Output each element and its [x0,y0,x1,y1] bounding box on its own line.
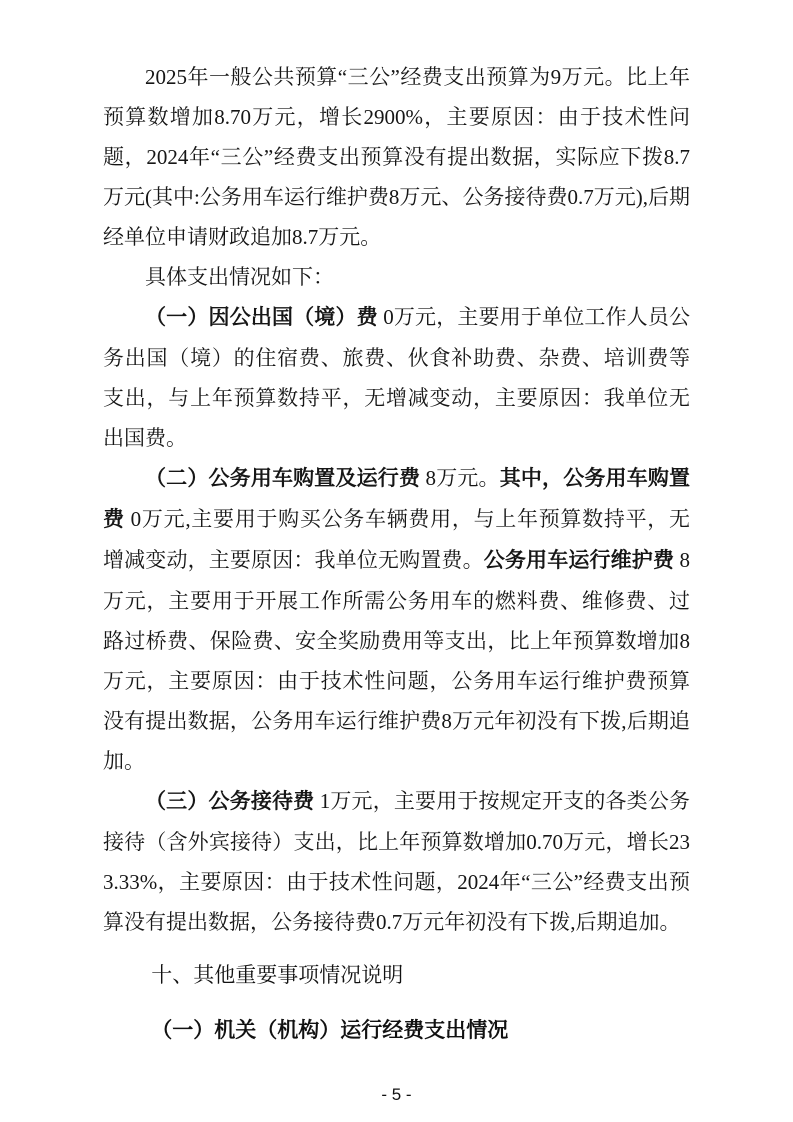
paragraph-section-3-reception-fee: （三）公务接待费 1万元，主要用于按规定开支的各类公务接待（含外宾接待）支出，比… [103,781,690,942]
text-run-bold: （一）因公出国（境）费 [145,306,378,329]
text-run: 2025年一般公共预算“三公”经费支出预算为9万元。比上年预算数增加8.70万元… [103,65,690,249]
page-number: - 5 - [381,1085,411,1104]
subsection-heading-operating-expenses: （一）机关（机构）运行经费支出情况 [103,1011,690,1051]
text-run-bold: （二）公务用车购置及运行费 [145,467,420,490]
text-run: 8万元。 [420,466,500,490]
text-run: 8万元，主要用于开展工作所需公务用车的燃料费、维修费、过路过桥费、保险费、安全奖… [103,548,690,773]
section-heading-other-important-matters: 十、其他重要事项情况说明 [103,956,690,996]
text-run-bold: （三）公务接待费 [145,790,314,813]
paragraph-intro-details: 具体支出情况如下： [103,257,690,297]
page-footer: - 5 - [0,1084,793,1106]
text-run: 具体支出情况如下： [145,265,334,289]
document-body: 2025年一般公共预算“三公”经费支出预算为9万元。比上年预算数增加8.70万元… [103,57,690,1051]
paragraph-budget-summary: 2025年一般公共预算“三公”经费支出预算为9万元。比上年预算数增加8.70万元… [103,57,690,257]
paragraph-section-2-vehicle-fee: （二）公务用车购置及运行费 8万元。其中，公务用车购置费 0万元,主要用于购买公… [103,458,690,781]
paragraph-section-1-abroad-fee: （一）因公出国（境）费 0万元，主要用于单位工作人员公务出国（境）的住宿费、旅费… [103,297,690,458]
document-page: 2025年一般公共预算“三公”经费支出预算为9万元。比上年预算数增加8.70万元… [0,0,793,1122]
text-run-bold: 公务用车运行维护费 [484,549,674,572]
